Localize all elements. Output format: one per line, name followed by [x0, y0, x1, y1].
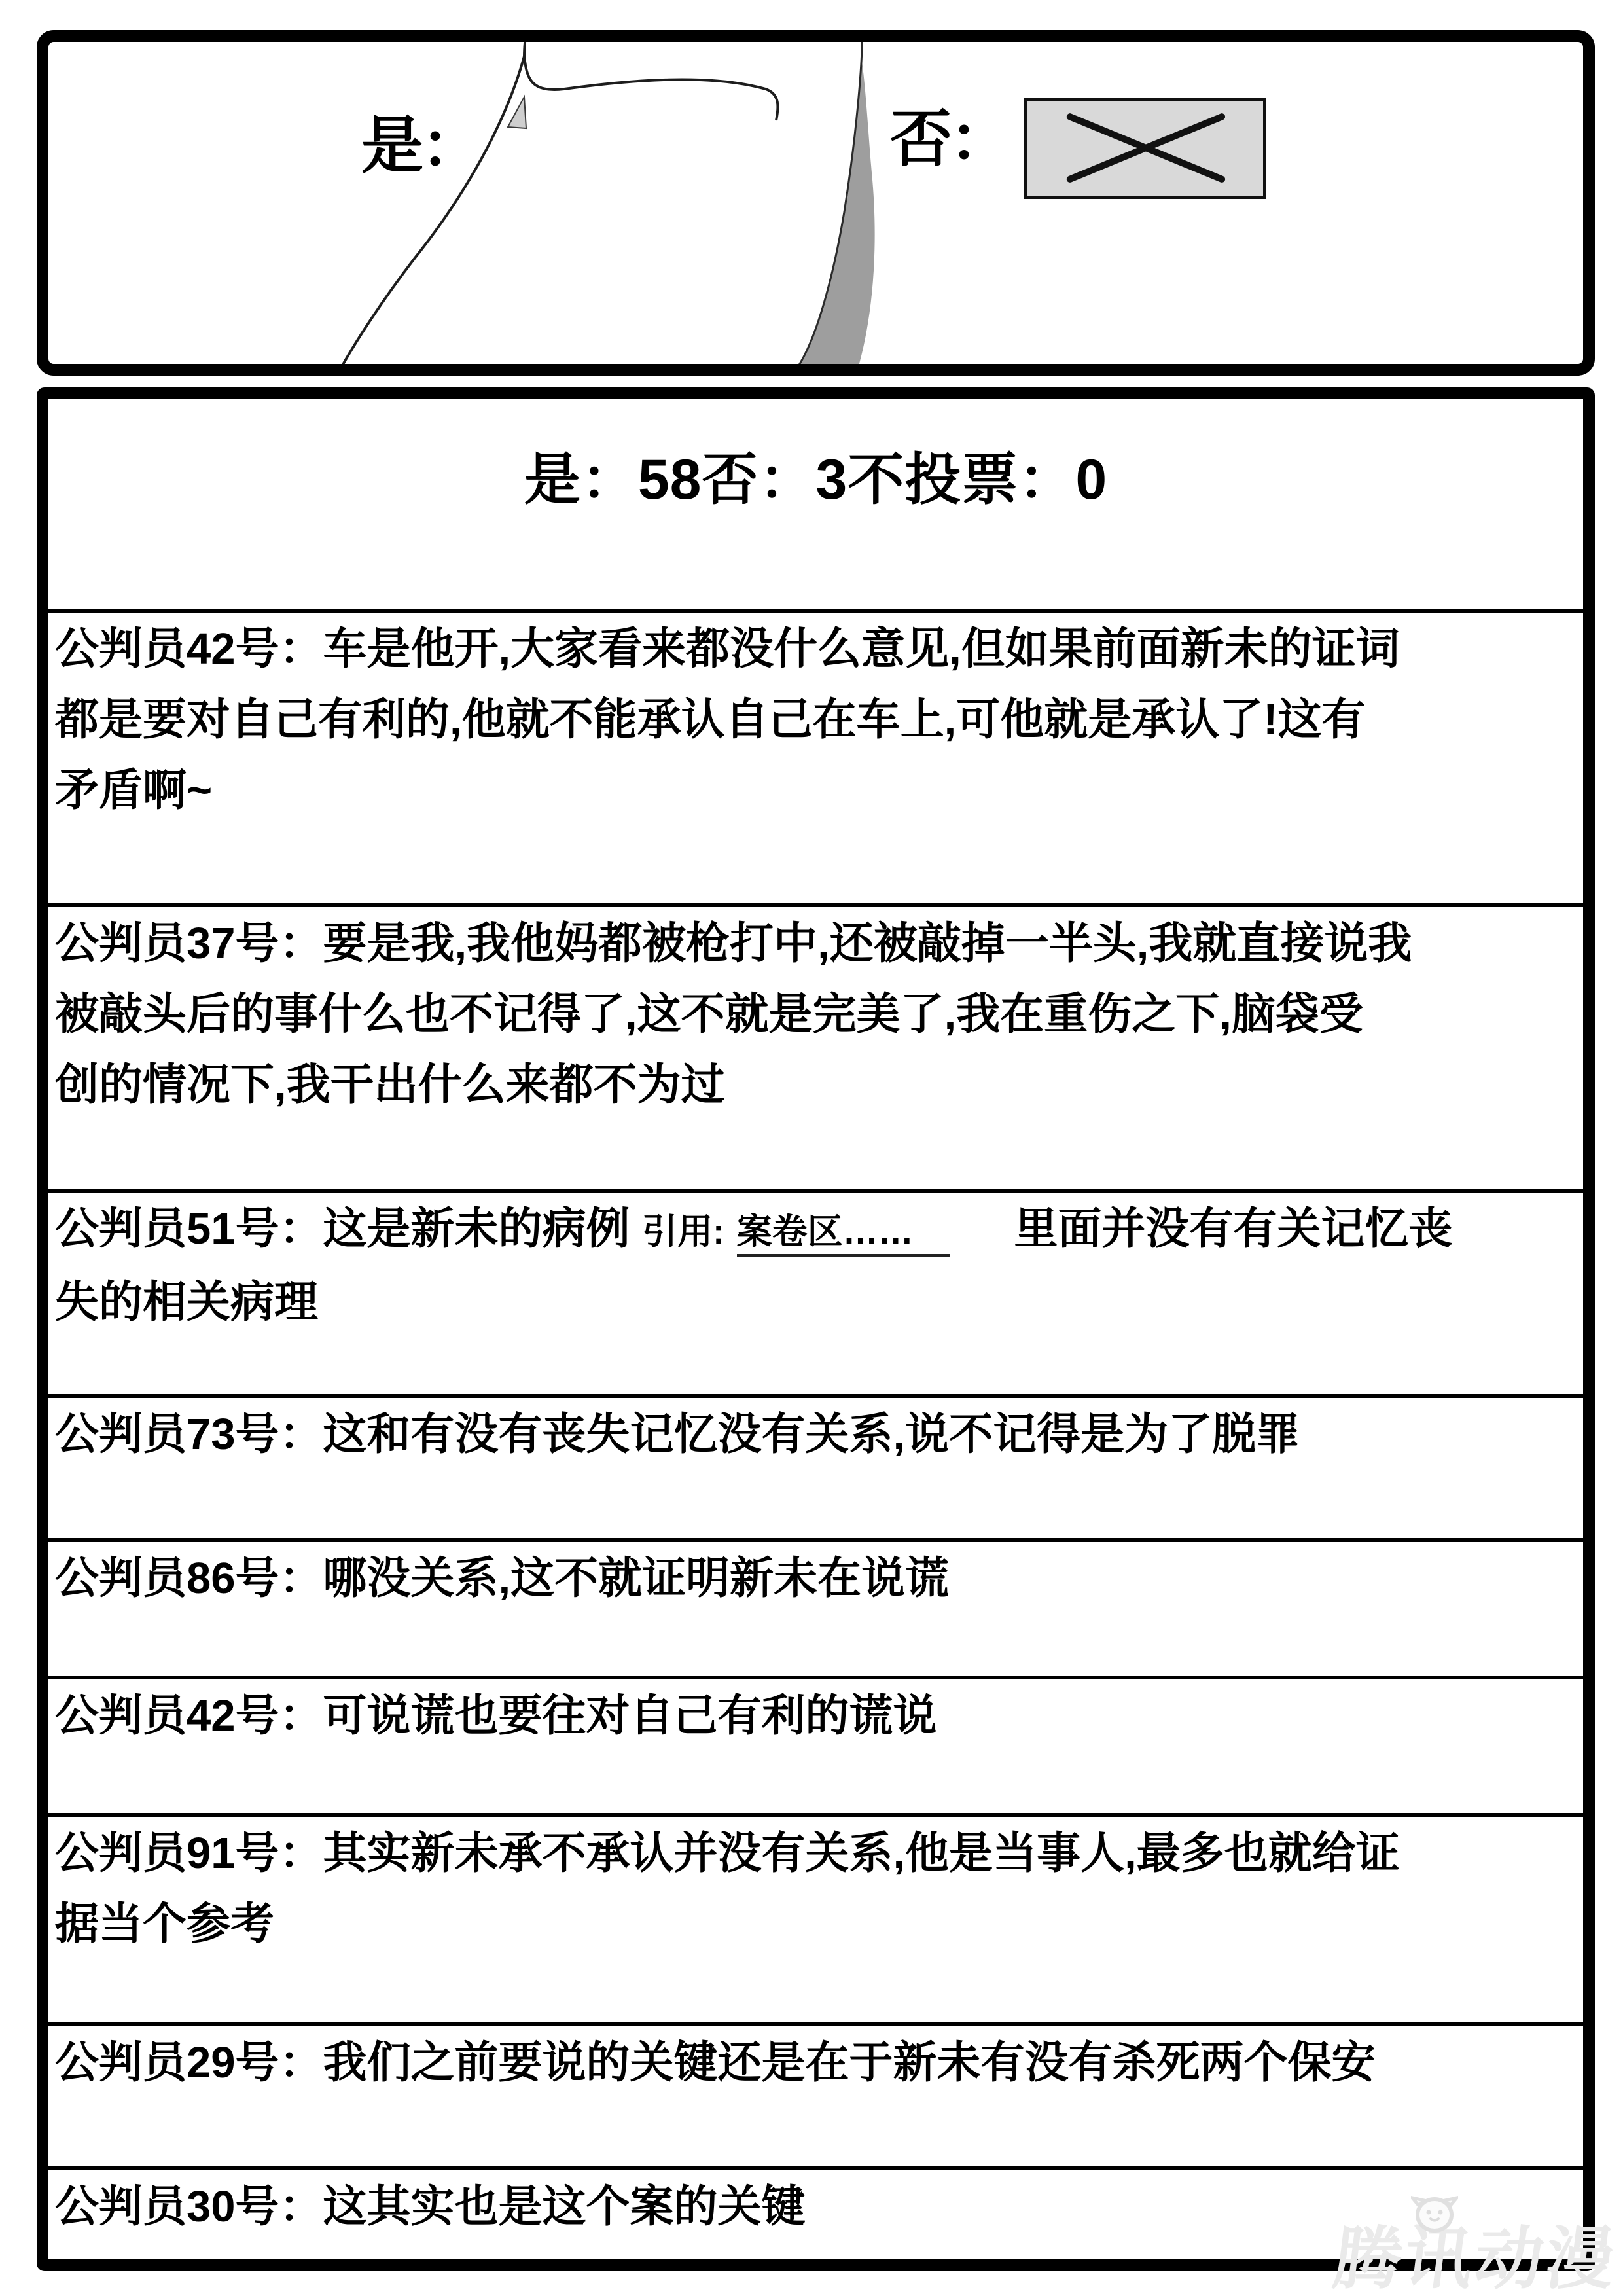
comment-line: 公判员73号：这和有没有丧失记忆没有关系,说不记得是为了脱罪	[55, 1399, 1577, 1470]
juror-comment-row: 公判员73号：这和有没有丧失记忆没有关系,说不记得是为了脱罪	[48, 1394, 1583, 1538]
collar-curve-line	[524, 56, 778, 120]
comment-line: 矛盾啊~	[55, 755, 1577, 826]
vote-tally-title: 是：58否：3不投票：0	[524, 452, 1107, 508]
comment-line: 据当个参考	[55, 1889, 1577, 1960]
comment-line: 创的情况下,我干出什么来都不为过	[55, 1050, 1577, 1121]
comment-line: 公判员91号：其实新未承不承认并没有关系,他是当事人,最多也就给证	[55, 1818, 1577, 1889]
juror-comment-row: 公判员91号：其实新未承不承认并没有关系,他是当事人,最多也就给证 据当个参考	[48, 1813, 1583, 2022]
yes-label: 是：	[361, 115, 480, 177]
juror-comment-row: 公判员42号：可说谎也要往对自己有利的谎说	[48, 1676, 1583, 1813]
juror-comment-row: 公判员86号：哪没关系,这不就证明新未在说谎	[48, 1538, 1583, 1676]
comment-line: 公判员42号：车是他开,大家看来都没什么意见,但如果前面新未的证词	[55, 614, 1577, 685]
sleeve-shadow-shape	[798, 54, 875, 364]
comment-line: 公判员42号：可说谎也要往对自己有利的谎说	[55, 1681, 1577, 1751]
vote-results-panel: 是：58否：3不投票：0 公判员42号：车是他开,大家看来都没什么意见,但如果前…	[37, 387, 1595, 2271]
citation-label: 引用:	[642, 1212, 724, 1251]
watermark-logo: 腾讯动漫	[1330, 2225, 1621, 2293]
comment-line: 都是要对自己有利的,他就不能承认自己在车上,可他就是承认了!这有	[55, 685, 1577, 755]
comment-line: 公判员37号：要是我,我他妈都被枪打中,还被敲掉一半头,我就直接说我	[55, 908, 1577, 979]
hidden-yes-box-corner	[508, 97, 526, 128]
no-vote-box[interactable]	[1024, 98, 1266, 199]
x-mark-icon	[1027, 101, 1263, 196]
comment-line: 公判员29号：我们之前要说的关键还是在于新未有没有杀死两个保安	[55, 2028, 1577, 2098]
sleeve-line-art	[48, 42, 1583, 364]
comic-page: { "panel1": { "yes_label": "是：", "no_lab…	[0, 0, 1623, 2296]
juror-comment-row: 公判员37号：要是我,我他妈都被枪打中,还被敲掉一半头,我就直接说我 被敲头后的…	[48, 903, 1583, 1189]
juror-comment-row: 公判员42号：车是他开,大家看来都没什么意见,但如果前面新未的证词 都是要对自己…	[48, 609, 1583, 903]
tally-title-row: 是：58否：3不投票：0	[48, 399, 1583, 609]
comment-line: 失的相关病理	[55, 1267, 1577, 1338]
citation-link[interactable]: 案卷区……	[737, 1212, 950, 1257]
sleeve-edge-line	[340, 42, 526, 364]
juror-comment-row: 公判员29号：我们之前要说的关键还是在于新未有没有杀死两个保安	[48, 2022, 1583, 2166]
comment-text: 公判员51号：这是新未的病例	[55, 1204, 642, 1253]
penguin-icon	[1411, 2191, 1458, 2233]
comment-line-with-citation: 公判员51号：这是新未的病例 引用: 案卷区…… 里面并没有有关记忆丧	[55, 1194, 1577, 1267]
comment-line: 被敲头后的事什么也不记得了,这不就是完美了,我在重伤之下,脑袋受	[55, 979, 1577, 1050]
comment-line: 公判员86号：哪没关系,这不就证明新未在说谎	[55, 1543, 1577, 1614]
no-label: 否：	[890, 109, 1009, 171]
comment-text: 里面并没有有关记忆丧	[1014, 1204, 1452, 1253]
juror-comment-row: 公判员51号：这是新未的病例 引用: 案卷区…… 里面并没有有关记忆丧 失的相关…	[48, 1189, 1583, 1394]
vote-mark-panel: 是： 否：	[37, 30, 1595, 376]
